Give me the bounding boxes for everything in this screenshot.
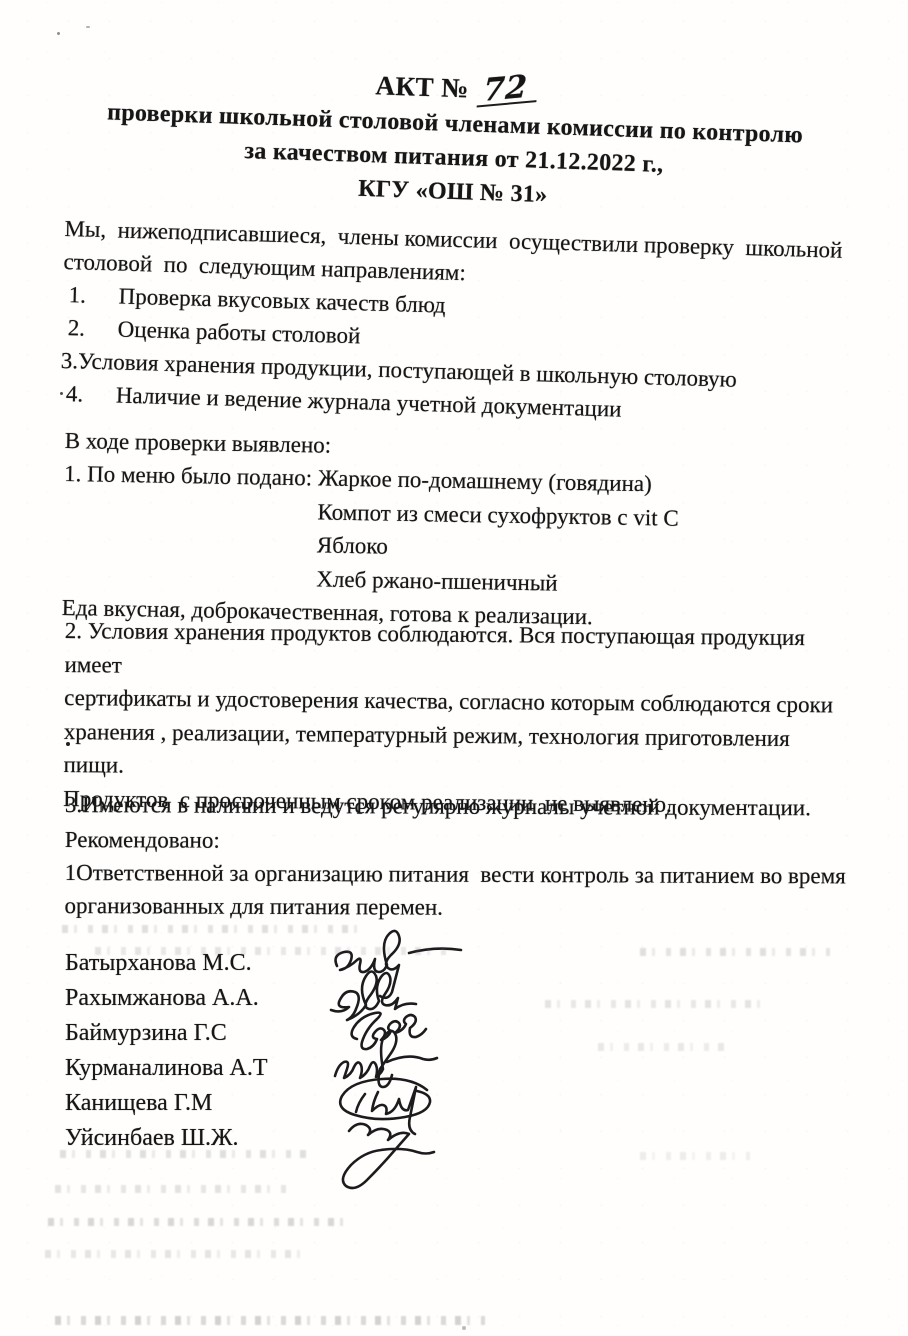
menu-block: 1. По меню было подано: Жаркое по-домашн…	[62, 457, 848, 605]
bleed-artifact	[62, 925, 362, 933]
menu-item: Яблоко	[317, 528, 679, 568]
signature-name: Канищева Г.М	[65, 1090, 327, 1117]
menu-label: 1. По меню было подано:	[62, 457, 318, 595]
signature-autograph	[327, 1091, 457, 1187]
item-number: 3.	[60, 344, 78, 377]
act-number-handwritten: 72	[476, 73, 537, 108]
document-header: АКТ №72 проверки школьной столовой члена…	[61, 60, 849, 219]
signatures-section: Батырханова М.С. Рахымжанова А.А. Баймур…	[65, 946, 849, 1156]
journals-line: 3.Имеются в наличии и ведутся регулярно …	[65, 788, 849, 824]
signature-name: Батырханова М.С.	[65, 950, 327, 977]
intro-section: Мы, нижеподписавшиеся, члены комиссии ос…	[59, 212, 848, 432]
recommendation-line: 1Ответственной за организацию питания ве…	[65, 856, 849, 892]
stray-mark	[57, 32, 60, 35]
signature-name: Курманалинова А.Т	[65, 1055, 327, 1082]
storage-line: хранения , реализации, температурный реж…	[63, 714, 848, 789]
recommended-label: Рекомендовано:	[65, 823, 849, 859]
item-number: 2.	[61, 311, 118, 346]
signature-name: Уйсинбаев Ш.Ж.	[65, 1125, 327, 1152]
menu-items: Жаркое по-домашнему (говядина) Компот из…	[316, 461, 680, 601]
signature-row: Канищева Г.М	[65, 1086, 849, 1121]
scanned-act-document: АКТ №72 проверки школьной столовой члена…	[0, 0, 908, 1336]
act-title: АКТ №	[375, 70, 469, 103]
stray-mark	[462, 1326, 466, 1330]
signature-row: Рахымжанова А.А.	[65, 981, 849, 1016]
bleed-artifact	[45, 1250, 300, 1258]
storage-line: 2. Условия хранения продуктов соблюдаютс…	[64, 614, 849, 689]
signature-row: Баймурзина Г.С	[65, 1016, 849, 1051]
findings-section: В ходе проверки выявлено: 1. По меню был…	[62, 424, 849, 638]
signature-row: Уйсинбаев Ш.Ж.	[65, 1121, 849, 1156]
item-number: 1.	[62, 278, 119, 313]
signature-name: Рахымжанова А.А.	[65, 985, 327, 1012]
bleed-artifact	[55, 1316, 485, 1325]
journals-section: 3.Имеются в наличии и ведутся регулярно …	[64, 788, 849, 925]
item-number: 4.	[59, 377, 116, 412]
signature-row: Курманалинова А.Т	[65, 1051, 849, 1086]
signature-row: Батырханова М.С.	[65, 946, 849, 981]
bleed-artifact	[55, 1185, 290, 1193]
menu-item: Жаркое по-домашнему (говядина)	[318, 461, 680, 501]
signature-name: Баймурзина Г.С	[65, 1020, 327, 1047]
recommendation-line: организованных для питания перемен.	[64, 889, 848, 925]
stray-mark	[86, 26, 90, 28]
bleed-artifact	[48, 1218, 353, 1226]
